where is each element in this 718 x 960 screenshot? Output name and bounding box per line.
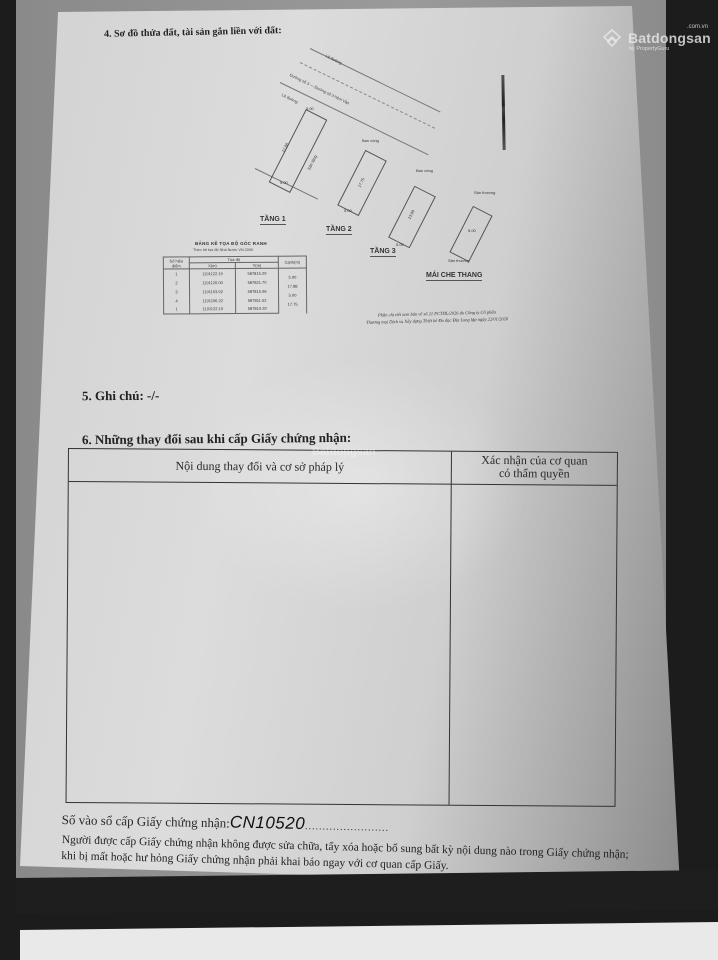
coord-point: 2 [163, 278, 189, 287]
coord-x: 1191120.00 [189, 277, 235, 286]
floor-2-label: TẦNG 2 [326, 226, 352, 235]
center-watermark: Batdongsan [312, 446, 376, 458]
batdongsan-watermark-logo: .com.vn Batdongsan by PropertyGuru [602, 24, 712, 54]
floor-note: Sân thượng [448, 258, 469, 263]
road-label: Lề đường [281, 92, 299, 104]
header-authority-line2: có thẩm quyền [452, 467, 617, 481]
header-point: Số hiệu điểm [163, 257, 189, 269]
registration-dots: ........................ [305, 821, 389, 834]
house-logo-icon [602, 28, 622, 48]
dimension-label: 5.00 [280, 180, 288, 185]
column-divider [449, 452, 452, 805]
coord-y: 587815.96 [236, 286, 279, 295]
header-change-content: Nội dung thay đổi và cơ sở pháp lý [69, 458, 451, 476]
stair-roof-plot [449, 206, 492, 262]
coord-x: 1191122.19 [189, 268, 235, 277]
coordinate-table: Số hiệu điểm Tọa độ Cạnh(m) X(m) Y(m) 11… [163, 255, 307, 314]
coord-table-title: BẢNG KÊ TỌA ĐỘ GÓC RANH [195, 241, 267, 246]
floor-3-label: TẦNG 3 [370, 248, 396, 257]
dimension-label: 5.00 [396, 242, 404, 247]
edge-length: 17.88 [280, 282, 305, 291]
floor-1-label: TẦNG 1 [260, 216, 286, 225]
registration-number: CN10520 [230, 813, 306, 834]
edge-length: 5.00 [280, 291, 305, 300]
stair-roof-label: MÁI CHE THANG [426, 272, 482, 281]
header-edge: Cạnh(m) [278, 256, 306, 268]
watermark-sub: by PropertyGuru [629, 46, 669, 52]
changes-table: Nội dung thay đổi và cơ sở pháp lý Xác n… [66, 448, 618, 807]
coord-x: 1191106.22 [190, 295, 236, 304]
road-label: Lề đường [325, 53, 343, 65]
watermark-brand: Batdongsan [628, 30, 711, 46]
coord-y: 587821.70 [236, 277, 279, 286]
floor-note: Ban công [416, 168, 433, 173]
floor-1-plot [269, 109, 328, 193]
coord-point: 1 [163, 269, 189, 278]
section-6-title: 6. Những thay đổi sau khi cấp Giấy chứng… [82, 430, 351, 448]
edge-length: 17.75 [280, 300, 305, 309]
floor-note: Sân thượng [474, 190, 495, 195]
floor-note: Ban công [362, 138, 379, 143]
coord-y: 587815.29 [235, 268, 278, 277]
coord-table-subtitle: Theo hệ tọa độ Nhà Nước VN 2000 [193, 248, 253, 252]
coord-point: 1 [164, 305, 190, 314]
edge-length: 5.00 [280, 273, 305, 282]
coord-point: 3 [164, 287, 190, 296]
coord-point: 4 [164, 296, 190, 305]
header-authority-confirmation: Xác nhận của cơ quan có thẩm quyền [452, 454, 617, 481]
dimension-label: 5.00 [344, 208, 352, 213]
coord-edges: 5.0017.885.0017.75 [278, 268, 306, 313]
section-5-title: 5. Ghi chú: -/- [82, 388, 159, 404]
registration-label: Số vào sổ cấp Giấy chứng nhận: [62, 812, 230, 831]
coord-y: 587811.52 [236, 295, 279, 304]
coord-row: 11191122.19587815.295.0017.885.0017.75 [163, 268, 306, 278]
white-surface [20, 922, 718, 960]
coord-x: 1191122.19 [190, 304, 236, 313]
coord-y: 587819.29 [236, 304, 279, 313]
dimension-label: 5.00 [468, 228, 476, 233]
dimension-label: 5.00 [306, 106, 314, 111]
coord-x: 1191103.92 [190, 286, 236, 295]
